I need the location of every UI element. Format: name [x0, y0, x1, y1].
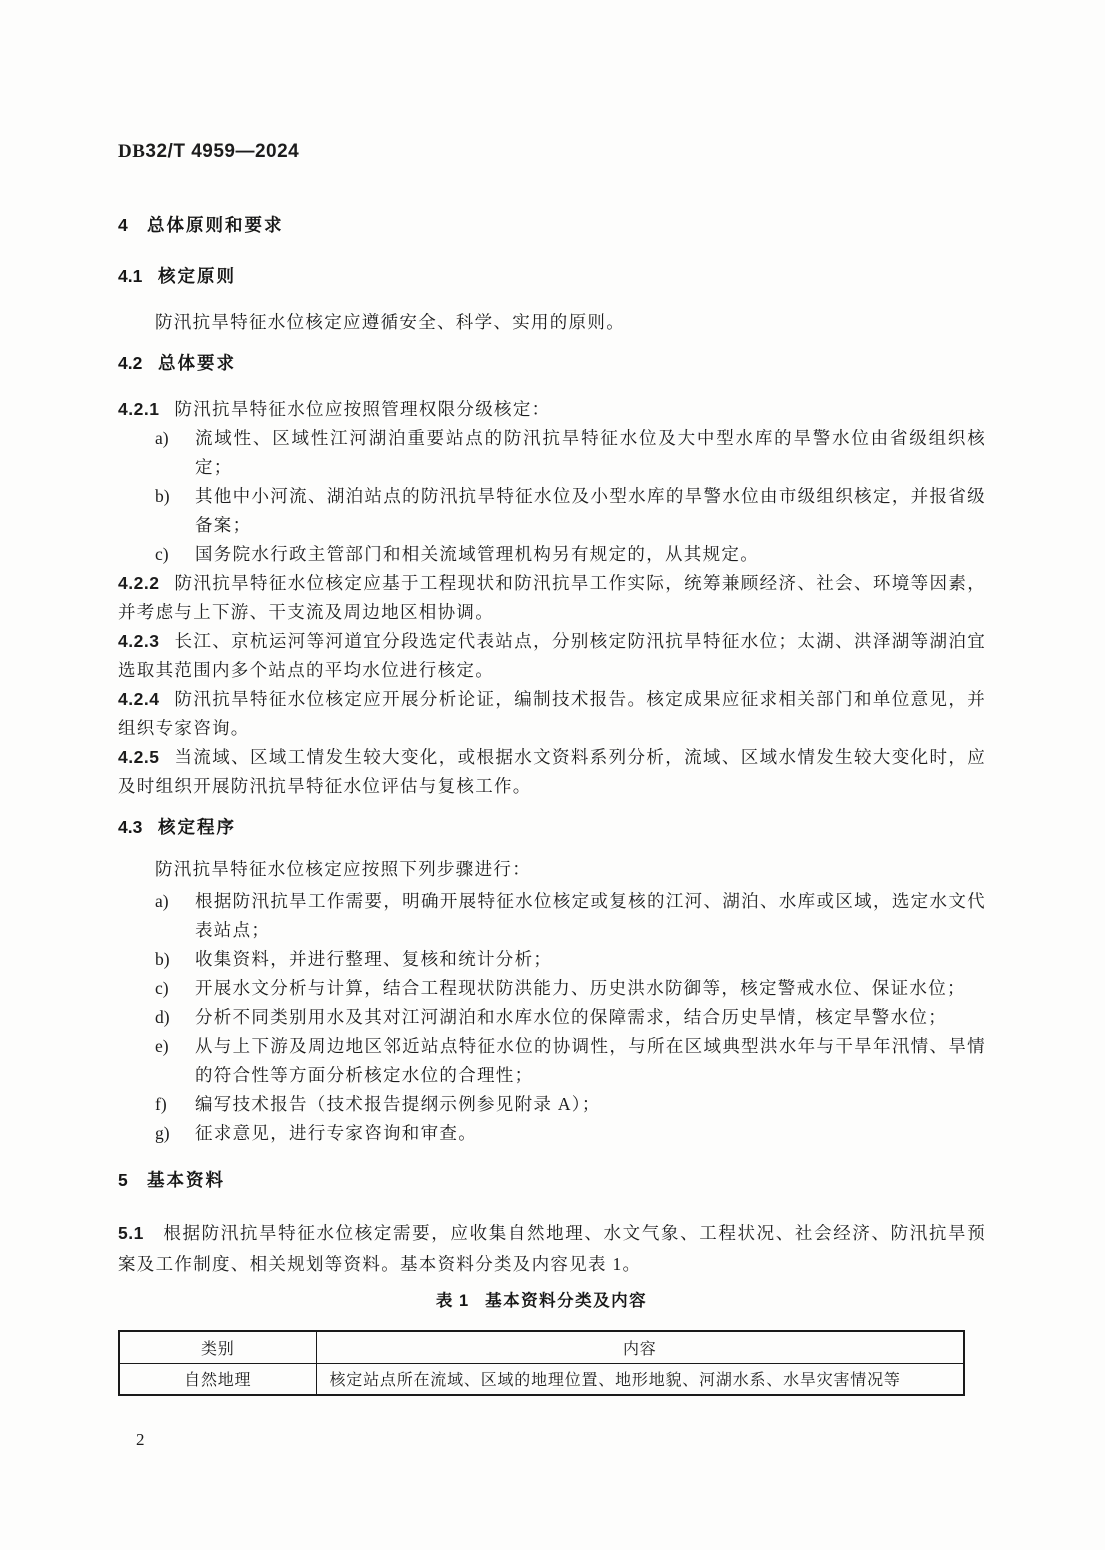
- list-item: f)编写技术报告（技术报告提纲示例参见附录 A）；: [118, 1090, 986, 1119]
- section-heading-4-1: 4.1核定原则: [118, 264, 986, 288]
- doc-code-number: 32/T 4959—2024: [145, 141, 299, 162]
- list-item-text: 流域性、区域性江河湖泊重要站点的防汛抗旱特征水位及大中型水库的旱警水位由省级组织…: [195, 428, 986, 477]
- section-number: 4: [118, 213, 147, 237]
- list-item: c)开展水文分析与计算，结合工程现状防洪能力、历史洪水防御等，核定警戒水位、保证…: [118, 974, 986, 1003]
- clause-number: 4.2.1: [118, 395, 159, 424]
- list-item: b)收集资料，并进行整理、复核和统计分析；: [118, 945, 986, 974]
- clause-5-1: 5.1根据防汛抗旱特征水位核定需要，应收集自然地理、水文气象、工程状况、社会经济…: [118, 1218, 986, 1280]
- clause-number: 5.1: [118, 1218, 148, 1249]
- clause-4-2-4: 4.2.4防汛抗旱特征水位核定应开展分析论证，编制技术报告。核定成果应征求相关部…: [118, 685, 986, 743]
- clause-text: 长江、京杭运河等河道宜分段选定代表站点，分别核定防汛抗旱特征水位；太湖、洪泽湖等…: [118, 631, 986, 680]
- table-caption-title: 基本资料分类及内容: [485, 1292, 647, 1310]
- table-header-row: 类别 内容: [119, 1331, 964, 1363]
- doc-code-prefix: DB: [118, 141, 145, 162]
- section-number: 4.2: [118, 351, 158, 375]
- list-marker: e): [155, 1032, 169, 1061]
- list-item-text: 从与上下游及周边地区邻近站点特征水位的协调性，与所在区域典型洪水年与干旱年汛情、…: [195, 1036, 986, 1085]
- list-marker: f): [155, 1090, 167, 1119]
- clause-number: 4.2.4: [118, 685, 159, 714]
- list-marker: b): [155, 482, 170, 511]
- list-item-text: 其他中小河流、湖泊站点的防汛抗旱特征水位及小型水库的旱警水位由市级组织核定，并报…: [195, 486, 986, 535]
- basic-data-table: 类别 内容 自然地理 核定站点所在流域、区域的地理位置、地形地貌、河湖水系、水旱…: [118, 1330, 965, 1396]
- section-number: 4.3: [118, 815, 158, 839]
- section-number: 4.1: [118, 264, 158, 288]
- clause-text: 防汛抗旱特征水位应按照管理权限分级核定：: [174, 399, 550, 419]
- list-marker: b): [155, 945, 170, 974]
- clause-4-2-2: 4.2.2防汛抗旱特征水位核定应基于工程现状和防汛抗旱工作实际，统筹兼顾经济、社…: [118, 569, 986, 627]
- list-item-text: 编写技术报告（技术报告提纲示例参见附录 A）；: [195, 1094, 601, 1114]
- page-content: DB32/T 4959—2024 4总体原则和要求 4.1核定原则 防汛抗旱特征…: [118, 0, 986, 1396]
- list-item-text: 征求意见，进行专家咨询和审查。: [195, 1123, 477, 1143]
- section-title: 核定原则: [158, 266, 236, 286]
- list-item: e)从与上下游及周边地区邻近站点特征水位的协调性，与所在区域典型洪水年与干旱年汛…: [118, 1032, 986, 1090]
- list-item: a)流域性、区域性江河湖泊重要站点的防汛抗旱特征水位及大中型水库的旱警水位由省级…: [118, 424, 986, 482]
- list-marker: a): [155, 887, 169, 916]
- list-item-text: 开展水文分析与计算，结合工程现状防洪能力、历史洪水防御等，核定警戒水位、保证水位…: [195, 978, 966, 998]
- paragraph-4-1: 防汛抗旱特征水位核定应遵循安全、科学、实用的原则。: [118, 308, 986, 337]
- list-item-text: 分析不同类别用水及其对江河湖泊和水库水位的保障需求，结合历史旱情，核定旱警水位；: [195, 1007, 947, 1027]
- list-marker: g): [155, 1119, 170, 1148]
- list-item: b)其他中小河流、湖泊站点的防汛抗旱特征水位及小型水库的旱警水位由市级组织核定，…: [118, 482, 986, 540]
- list-item: c)国务院水行政主管部门和相关流域管理机构另有规定的，从其规定。: [118, 540, 986, 569]
- clause-text: 防汛抗旱特征水位核定应基于工程现状和防汛抗旱工作实际，统筹兼顾经济、社会、环境等…: [118, 573, 986, 622]
- section-title: 总体要求: [158, 353, 236, 373]
- paragraph-4-3: 防汛抗旱特征水位核定应按照下列步骤进行：: [118, 855, 986, 884]
- table-cell-content: 核定站点所在流域、区域的地理位置、地形地貌、河湖水系、水旱灾害情况等: [316, 1363, 964, 1395]
- section-heading-5: 5基本资料: [118, 1168, 986, 1192]
- list-item: d)分析不同类别用水及其对江河湖泊和水库水位的保障需求，结合历史旱情，核定旱警水…: [118, 1003, 986, 1032]
- section-heading-4-3: 4.3核定程序: [118, 815, 986, 839]
- list-item: a)根据防汛抗旱工作需要，明确开展特征水位核定或复核的江河、湖泊、水库或区域，选…: [118, 887, 986, 945]
- clause-number: 4.2.5: [118, 743, 159, 772]
- document-page: DB32/T 4959—2024 4总体原则和要求 4.1核定原则 防汛抗旱特征…: [0, 0, 1105, 1550]
- section-heading-4: 4总体原则和要求: [118, 213, 986, 237]
- list-item-text: 根据防汛抗旱工作需要，明确开展特征水位核定或复核的江河、湖泊、水库或区域，选定水…: [195, 891, 986, 940]
- table-caption: 表 1基本资料分类及内容: [118, 1290, 965, 1312]
- list-4-3: a)根据防汛抗旱工作需要，明确开展特征水位核定或复核的江河、湖泊、水库或区域，选…: [118, 887, 986, 1148]
- list-item-text: 收集资料，并进行整理、复核和统计分析；: [195, 949, 552, 969]
- clause-4-2-3: 4.2.3长江、京杭运河等河道宜分段选定代表站点，分别核定防汛抗旱特征水位；太湖…: [118, 627, 986, 685]
- table-header-category: 类别: [119, 1331, 316, 1363]
- table-row: 自然地理 核定站点所在流域、区域的地理位置、地形地貌、河湖水系、水旱灾害情况等: [119, 1363, 964, 1395]
- list-marker: d): [155, 1003, 170, 1032]
- list-marker: c): [155, 540, 169, 569]
- section-title: 核定程序: [158, 817, 236, 837]
- list-marker: c): [155, 974, 169, 1003]
- doc-code-header: DB32/T 4959—2024: [118, 140, 986, 164]
- section-title: 基本资料: [147, 1170, 225, 1190]
- list-item-text: 国务院水行政主管部门和相关流域管理机构另有规定的，从其规定。: [195, 544, 759, 564]
- section-title: 总体原则和要求: [147, 215, 284, 235]
- clause-text: 根据防汛抗旱特征水位核定需要，应收集自然地理、水文气象、工程状况、社会经济、防汛…: [118, 1223, 986, 1274]
- clause-text: 当流域、区域工情发生较大变化，或根据水文资料系列分析，流域、区域水情发生较大变化…: [118, 747, 986, 796]
- clause-4-2-1: 4.2.1防汛抗旱特征水位应按照管理权限分级核定：: [118, 395, 986, 424]
- page-number: 2: [136, 1430, 145, 1450]
- section-heading-4-2: 4.2总体要求: [118, 351, 986, 375]
- clause-text: 防汛抗旱特征水位核定应开展分析论证，编制技术报告。核定成果应征求相关部门和单位意…: [118, 689, 986, 738]
- clause-4-2-5: 4.2.5当流域、区域工情发生较大变化，或根据水文资料系列分析，流域、区域水情发…: [118, 743, 986, 801]
- clause-number: 4.2.3: [118, 627, 159, 656]
- list-4-2-1: a)流域性、区域性江河湖泊重要站点的防汛抗旱特征水位及大中型水库的旱警水位由省级…: [118, 424, 986, 569]
- list-marker: a): [155, 424, 169, 453]
- clause-number: 4.2.2: [118, 569, 159, 598]
- table-cell-category: 自然地理: [119, 1363, 316, 1395]
- table-caption-label: 表 1: [436, 1292, 469, 1310]
- list-item: g)征求意见，进行专家咨询和审查。: [118, 1119, 986, 1148]
- table-header-content: 内容: [316, 1331, 964, 1363]
- section-number: 5: [118, 1168, 147, 1192]
